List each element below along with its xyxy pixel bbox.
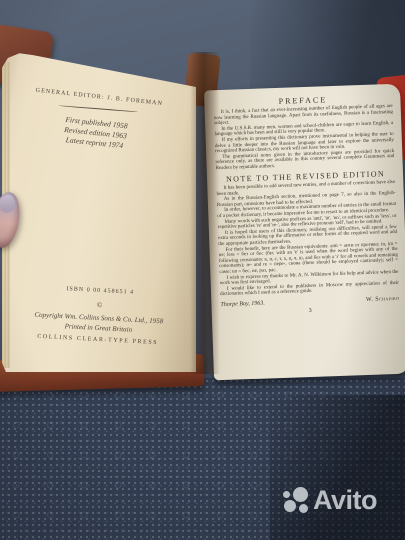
- left-page-imprint-block: ISBN 0 00 458651 4 © Copyright Wm. Colli…: [9, 283, 190, 347]
- divider-rule: [58, 105, 138, 112]
- book-gutter-shadow: [190, 52, 220, 374]
- left-page: GENERAL EDITOR: J. B. FOREMAN First publ…: [2, 50, 196, 372]
- avito-watermark: Avito: [282, 485, 377, 516]
- general-editor-line: GENERAL EDITOR: J. B. FOREMAN: [19, 86, 179, 109]
- logo-dot: [284, 500, 296, 512]
- photo-open-book: GENERAL EDITOR: J. B. FOREMAN First publ…: [0, 0, 405, 540]
- isbn-line: ISBN 0 00 458651 4: [11, 283, 189, 298]
- edition-history: First published 1958 Revised edition 196…: [14, 110, 176, 157]
- avito-wordmark: Avito: [313, 485, 377, 516]
- left-page-top-block: GENERAL EDITOR: J. B. FOREMAN First publ…: [14, 86, 179, 157]
- place-date: Thorpe Bay, 1963.: [220, 300, 265, 308]
- logo-dot: [299, 504, 308, 513]
- author-name: W. Schapiro: [366, 296, 400, 303]
- right-page: PREFACE It is, I think, a fact that an e…: [204, 84, 405, 381]
- right-page-text-column: PREFACE It is, I think, a fact that an e…: [213, 93, 399, 317]
- logo-dot: [283, 491, 290, 498]
- shadow-bottom-right: [270, 395, 405, 540]
- fingernail: [0, 194, 16, 214]
- logo-dot: [293, 487, 308, 502]
- avito-logo-icon: [282, 486, 311, 515]
